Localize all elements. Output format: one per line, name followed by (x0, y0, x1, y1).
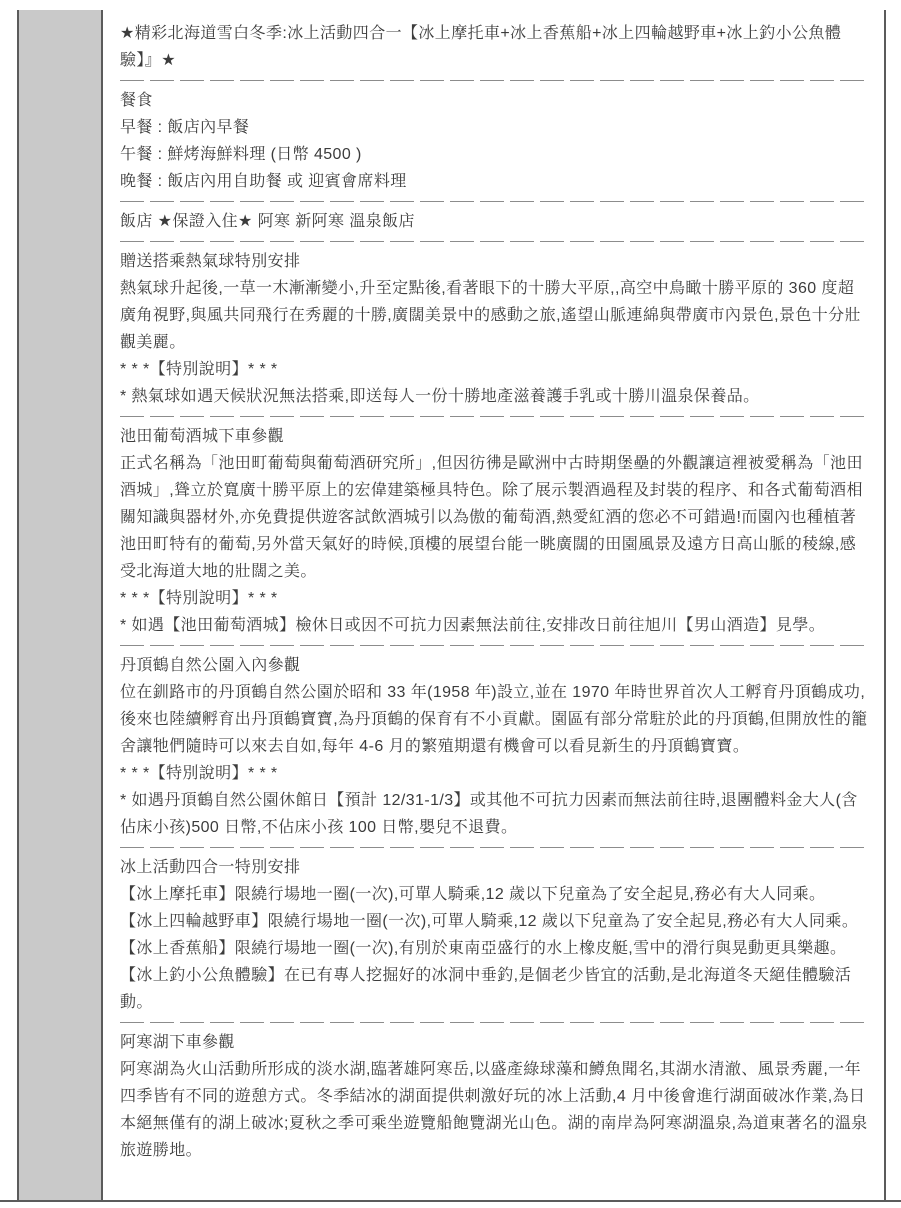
breakfast-line: 早餐 : 飯店內早餐 (120, 114, 868, 141)
balloon-note-text: * 熱氣球如遇天候狀況無法搭乘,即送每人一份十勝地產滋養護手乳或十勝川溫泉保養品… (120, 383, 868, 410)
tour-title-text: ★精彩北海道雪白冬季:冰上活動四合一【冰上摩托車+冰上香蕉船+冰上四輪越野車+冰… (120, 20, 868, 74)
ice-fishing-line: 【冰上釣小公魚體驗】在已有專人挖掘好的冰洞中垂釣,是個老少皆宜的活動,是北海道冬… (120, 962, 868, 1016)
meals-heading: 餐食 (120, 87, 868, 114)
crane-park-description: 位在釧路市的丹頂鶴自然公園於昭和 33 年(1958 年)設立,並在 1970 … (120, 679, 868, 760)
balloon-description: 熱氣球升起後,一草一木漸漸變小,升至定點後,看著眼下的十勝大平原,,高空中鳥瞰十… (120, 275, 868, 356)
ice-atv-line: 【冰上四輪越野車】限繞行場地一圈(一次),可單人騎乘,12 歲以下兒童為了安全起… (120, 908, 868, 935)
ice-banana-boat-line: 【冰上香蕉船】限繞行場地一圈(一次),有別於東南亞盛行的水上橡皮艇,雪中的滑行與… (120, 935, 868, 962)
section-hotel: 飯店 ★保證入住★ 阿寒 新阿寒 溫泉飯店 (120, 202, 868, 241)
lunch-line: 午餐 : 鮮烤海鮮料理 (日幣 4500 ) (120, 141, 868, 168)
section-lake-akan: 阿寒湖下車參觀 阿寒湖為火山活動所形成的淡水湖,臨著雄阿寒岳,以盛產綠球藻和鱒魚… (120, 1023, 868, 1170)
section-meals: 餐食 早餐 : 飯店內早餐 午餐 : 鮮烤海鮮料理 (日幣 4500 ) 晚餐 … (120, 81, 868, 201)
balloon-heading: 贈送搭乘熱氣球特別安排 (120, 248, 868, 275)
ice-snowmobile-line: 【冰上摩托車】限繞行場地一圈(一次),可單人騎乘,12 歲以下兒童為了安全起見,… (120, 881, 868, 908)
section-ikeda-wine-castle: 池田葡萄酒城下車參觀 正式名稱為「池田町葡萄與葡萄酒研究所」,但因彷彿是歐洲中古… (120, 417, 868, 645)
section-crane-park: 丹頂鶴自然公園入內參觀 位在釧路市的丹頂鶴自然公園於昭和 33 年(1958 年… (120, 646, 868, 847)
dinner-line: 晚餐 : 飯店內用自助餐 或 迎賓會席料理 (120, 168, 868, 195)
ice-activities-heading: 冰上活動四合一特別安排 (120, 854, 868, 881)
itinerary-content-cell: ★精彩北海道雪白冬季:冰上活動四合一【冰上摩托車+冰上香蕉船+冰上四輪越野車+冰… (103, 10, 884, 1202)
crane-park-note-text: * 如遇丹頂鶴自然公園休館日【預計 12/31-1/3】或其他不可抗力因素而無法… (120, 787, 868, 841)
hotel-line: 飯店 ★保證入住★ 阿寒 新阿寒 溫泉飯店 (120, 208, 868, 235)
crane-park-note-heading: * * *【特別說明】* * * (120, 760, 868, 787)
lake-akan-description: 阿寒湖為火山活動所形成的淡水湖,臨著雄阿寒岳,以盛產綠球藻和鱒魚聞名,其湖水清澈… (120, 1056, 868, 1164)
wine-castle-note-text: * 如遇【池田葡萄酒城】檢休日或因不可抗力因素無法前往,安排改日前往旭川【男山酒… (120, 612, 868, 639)
balloon-note-heading: * * *【特別說明】* * * (120, 356, 868, 383)
itinerary-table: ★精彩北海道雪白冬季:冰上活動四合一【冰上摩托車+冰上香蕉船+冰上四輪越野車+冰… (17, 10, 886, 1202)
wine-castle-heading: 池田葡萄酒城下車參觀 (120, 423, 868, 450)
day-column-cell (19, 10, 103, 1202)
section-ice-activities: 冰上活動四合一特別安排 【冰上摩托車】限繞行場地一圈(一次),可單人騎乘,12 … (120, 848, 868, 1022)
lake-akan-heading: 阿寒湖下車參觀 (120, 1029, 868, 1056)
wine-castle-description: 正式名稱為「池田町葡萄與葡萄酒研究所」,但因彷彿是歐洲中古時期堡壘的外觀讓這裡被… (120, 450, 868, 585)
section-hot-air-balloon: 贈送搭乘熱氣球特別安排 熱氣球升起後,一草一木漸漸變小,升至定點後,看著眼下的十… (120, 242, 868, 416)
section-tour-title: ★精彩北海道雪白冬季:冰上活動四合一【冰上摩托車+冰上香蕉船+冰上四輪越野車+冰… (120, 14, 868, 80)
wine-castle-note-heading: * * *【特別說明】* * * (120, 585, 868, 612)
table-bottom-border (0, 1200, 901, 1202)
crane-park-heading: 丹頂鶴自然公園入內參觀 (120, 652, 868, 679)
